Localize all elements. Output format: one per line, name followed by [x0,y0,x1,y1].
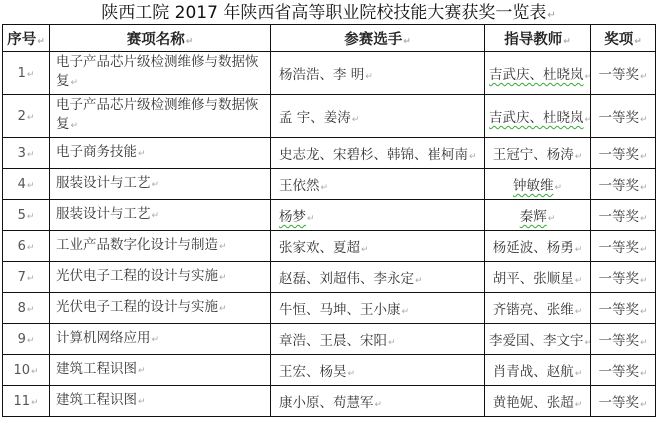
paragraph-mark-icon: ↵ [321,183,329,193]
cell-players: 牛恒、马坤、王小康↵ [271,293,485,324]
paragraph-mark-icon: ↵ [152,211,160,221]
cell-event: 工业产品数字化设计与制造↵ [50,231,271,262]
paragraph-mark-icon: ↵ [575,276,583,286]
paragraph-mark-icon: ↵ [403,37,411,47]
header-event: 赛项名称↵ [50,25,271,52]
paragraph-mark-icon: ↵ [307,214,315,224]
cell-index: 6↵ [3,231,50,262]
cell-teachers: 胡平、张顺星↵ [485,262,591,293]
paragraph-mark-icon: ↵ [640,245,648,255]
table-row: 2↵ 电子产品芯片级检测维修与数据恢复↵ 孟 宇、姜涛↵ 吉武庆、杜晓岚↵ 一等… [3,95,656,138]
cell-index: 11↵ [3,386,50,417]
paragraph-mark-icon: ↵ [640,307,648,317]
cell-players: 章浩、王晨、宋阳↵ [271,324,485,355]
paragraph-mark-icon: ↵ [554,183,562,193]
header-award: 奖项↵ [591,25,656,52]
cell-event: 电子产品芯片级检测维修与数据恢复↵ [50,95,271,138]
paragraph-mark-icon: ↵ [27,181,35,191]
cell-event: 电子产品芯片级检测维修与数据恢复↵ [50,52,271,95]
paragraph-mark-icon: ↵ [634,37,642,47]
cell-event: 服装设计与工艺↵ [50,169,271,200]
paragraph-mark-icon: ↵ [219,304,227,314]
cell-award: 一等奖↵ [591,52,656,95]
paragraph-mark-icon: ↵ [640,338,648,348]
paragraph-mark-icon: ↵ [27,70,35,80]
cell-award: 一等奖↵ [591,324,656,355]
cell-teachers: 肖青战、赵航↵ [485,355,591,386]
cell-teachers: 王冠宁、杨涛↵ [485,138,591,169]
cell-award: 一等奖↵ [591,293,656,324]
header-players: 参赛选手↵ [271,25,485,52]
paragraph-mark-icon: ↵ [375,400,383,410]
paragraph-mark-icon: ↵ [27,212,35,222]
paragraph-mark-icon: ↵ [640,152,648,162]
cell-players: 赵磊、刘超伟、李永定↵ [271,262,485,293]
cell-award: 一等奖↵ [591,231,656,262]
paragraph-mark-icon: ↵ [640,400,648,410]
paragraph-mark-icon: ↵ [348,369,356,379]
table-row: 10↵ 建筑工程识图↵ 王宏、杨昊↵ 肖青战、赵航↵ 一等奖↵ [3,355,656,386]
cell-players: 张家欢、夏超↵ [271,231,485,262]
paragraph-mark-icon: ↵ [547,10,555,21]
cell-award: 一等奖↵ [591,138,656,169]
cell-award: 一等奖↵ [591,386,656,417]
paragraph-mark-icon: ↵ [563,37,571,47]
paragraph-mark-icon: ↵ [548,214,556,224]
document-title: 陕西工院 2017 年陕西省高等职业院校技能大赛获奖一览表↵ [0,3,657,26]
table-row: 4↵ 服装设计与工艺↵ 王依然↵ 钟敏维↵ 一等奖↵ [3,169,656,200]
cell-index: 1↵ [3,52,50,95]
cell-teachers: 李爱国、李文宇↵ [485,324,591,355]
cell-index: 9↵ [3,324,50,355]
paragraph-mark-icon: ↵ [388,338,396,348]
paragraph-mark-icon: ↵ [27,305,35,315]
table-row: 11↵ 建筑工程识图↵ 康小原、苟慧军↵ 黄艳妮、张超↵ 一等奖↵ [3,386,656,417]
cell-index: 2↵ [3,95,50,138]
paragraph-mark-icon: ↵ [640,369,648,379]
paragraph-mark-icon: ↵ [71,78,79,88]
cell-teachers: 黄艳妮、张超↵ [485,386,591,417]
paragraph-mark-icon: ↵ [575,400,583,410]
cell-players: 王宏、杨昊↵ [271,355,485,386]
paragraph-mark-icon: ↵ [27,113,35,123]
cell-index: 4↵ [3,169,50,200]
paragraph-mark-icon: ↵ [27,336,35,346]
cell-index: 5↵ [3,200,50,231]
paragraph-mark-icon: ↵ [575,245,583,255]
cell-event: 电子商务技能↵ [50,138,271,169]
cell-event: 建筑工程识图↵ [50,355,271,386]
paragraph-mark-icon: ↵ [575,152,583,162]
paragraph-mark-icon: ↵ [152,335,160,345]
paragraph-mark-icon: ↵ [640,276,648,286]
paragraph-mark-icon: ↵ [640,183,648,193]
paragraph-mark-icon: ↵ [31,367,39,377]
paragraph-mark-icon: ↵ [575,307,583,317]
paragraph-mark-icon: ↵ [27,150,35,160]
paragraph-mark-icon: ↵ [27,274,35,284]
cell-players: 史志龙、宋碧杉、韩锦、崔柯南↵ [271,138,485,169]
cell-teachers: 钟敏维↵ [485,169,591,200]
table-row: 3↵ 电子商务技能↵ 史志龙、宋碧杉、韩锦、崔柯南↵ 王冠宁、杨涛↵ 一等奖↵ [3,138,656,169]
cell-event: 服装设计与工艺↵ [50,200,271,231]
cell-award: 一等奖↵ [591,200,656,231]
paragraph-mark-icon: ↵ [138,366,146,376]
header-teachers: 指导教师↵ [485,25,591,52]
cell-index: 10↵ [3,355,50,386]
cell-award: 一等奖↵ [591,95,656,138]
cell-players: 杨梦↵ [271,200,485,231]
paragraph-mark-icon: ↵ [219,273,227,283]
table-row: 1↵ 电子产品芯片级检测维修与数据恢复↵ 杨浩浩、李 明↵ 吉武庆、杜晓岚↵ 一… [3,52,656,95]
table-row: 6↵ 工业产品数字化设计与制造↵ 张家欢、夏超↵ 杨延波、杨勇↵ 一等奖↵ [3,231,656,262]
cell-teachers: 吉武庆、杜晓岚↵ [485,52,591,95]
table-row: 7↵ 光伏电子工程的设计与实施↵ 赵磊、刘超伟、李永定↵ 胡平、张顺星↵ 一等奖… [3,262,656,293]
cell-award: 一等奖↵ [591,355,656,386]
cell-award: 一等奖↵ [591,169,656,200]
paragraph-mark-icon: ↵ [219,242,227,252]
paragraph-mark-icon: ↵ [31,398,39,408]
paragraph-mark-icon: ↵ [37,37,45,47]
table-row: 5↵ 服装设计与工艺↵ 杨梦↵ 秦辉↵ 一等奖↵ [3,200,656,231]
paragraph-mark-icon: ↵ [640,72,648,82]
paragraph-mark-icon: ↵ [469,152,477,162]
cell-index: 7↵ [3,262,50,293]
paragraph-mark-icon: ↵ [640,214,648,224]
paragraph-mark-icon: ↵ [585,72,591,82]
paragraph-mark-icon: ↵ [575,369,583,379]
cell-players: 康小原、苟慧军↵ [271,386,485,417]
paragraph-mark-icon: ↵ [27,243,35,253]
table-row: 8↵ 光伏电子工程的设计与实施↵ 牛恒、马坤、王小康↵ 齐锴亮、张维↵ 一等奖↵ [3,293,656,324]
paragraph-mark-icon: ↵ [585,115,591,125]
cell-teachers: 齐锴亮、张维↵ [485,293,591,324]
cell-event: 光伏电子工程的设计与实施↵ [50,293,271,324]
paragraph-mark-icon: ↵ [138,397,146,407]
cell-players: 孟 宇、姜涛↵ [271,95,485,138]
cell-event: 光伏电子工程的设计与实施↵ [50,262,271,293]
table-header-row: 序号↵ 赛项名称↵ 参赛选手↵ 指导教师↵ 奖项↵ [3,25,656,52]
awards-table: 序号↵ 赛项名称↵ 参赛选手↵ 指导教师↵ 奖项↵ 1↵ 电子产品芯片级检测维修… [2,24,656,417]
header-index: 序号↵ [3,25,50,52]
paragraph-mark-icon: ↵ [640,115,648,125]
paragraph-mark-icon: ↵ [186,37,194,47]
paragraph-mark-icon: ↵ [361,245,369,255]
cell-event: 建筑工程识图↵ [50,386,271,417]
cell-teachers: 秦辉↵ [485,200,591,231]
paragraph-mark-icon: ↵ [138,149,146,159]
cell-players: 杨浩浩、李 明↵ [271,52,485,95]
paragraph-mark-icon: ↵ [152,180,160,190]
paragraph-mark-icon: ↵ [585,338,591,348]
cell-index: 8↵ [3,293,50,324]
cell-index: 3↵ [3,138,50,169]
paragraph-mark-icon: ↵ [352,115,360,125]
document-title-text: 陕西工院 2017 年陕西省高等职业院校技能大赛获奖一览表 [101,3,546,23]
cell-teachers: 杨延波、杨勇↵ [485,231,591,262]
cell-teachers: 吉武庆、杜晓岚↵ [485,95,591,138]
paragraph-mark-icon: ↵ [71,121,79,131]
cell-event: 计算机网络应用↵ [50,324,271,355]
cell-players: 王依然↵ [271,169,485,200]
cell-award: 一等奖↵ [591,262,656,293]
paragraph-mark-icon: ↵ [415,276,423,286]
paragraph-mark-icon: ↵ [365,72,373,82]
paragraph-mark-icon: ↵ [402,307,410,317]
table-row: 9↵ 计算机网络应用↵ 章浩、王晨、宋阳↵ 李爱国、李文宇↵ 一等奖↵ [3,324,656,355]
